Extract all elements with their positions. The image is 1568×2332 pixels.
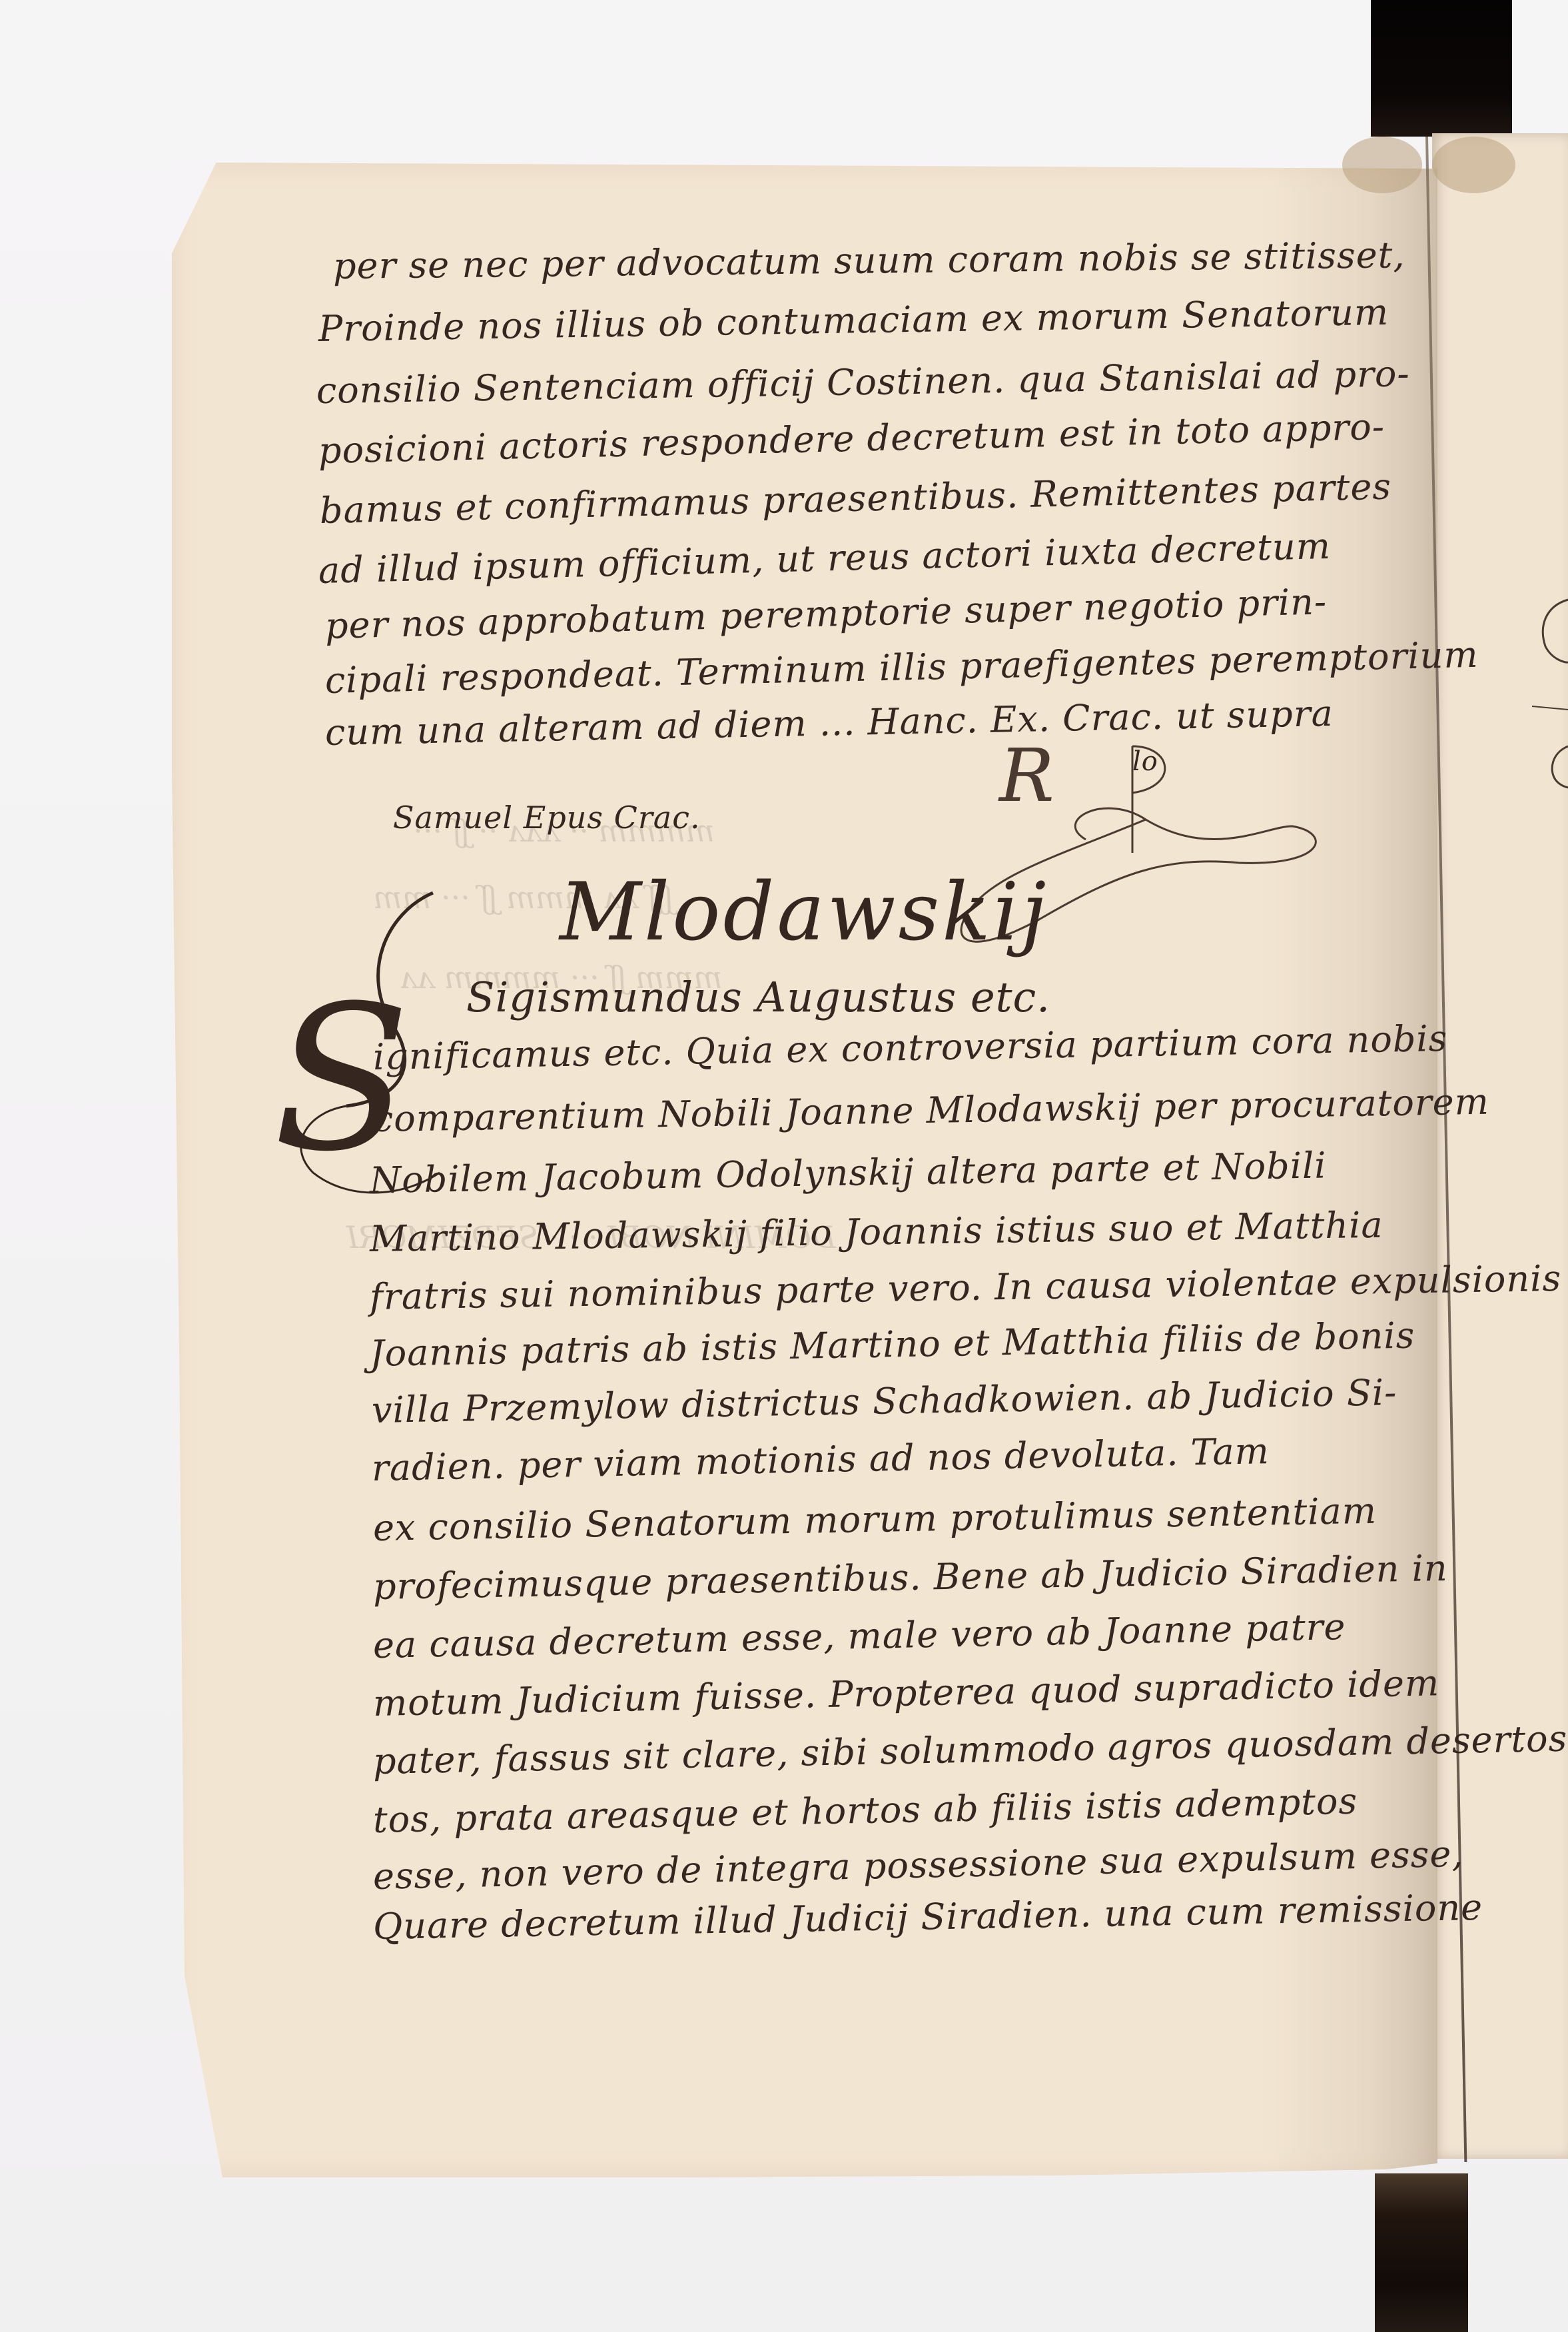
binding-strip-bottom bbox=[1375, 2173, 1468, 2332]
monogram-signature: R bbox=[999, 733, 1055, 818]
marginal-note: lo bbox=[1132, 746, 1158, 777]
entry-heading: Mlodawskij bbox=[560, 866, 1048, 959]
water-stain bbox=[1432, 137, 1515, 193]
binding-strip-top bbox=[1371, 0, 1512, 137]
decorated-initial: S bbox=[273, 979, 410, 1179]
water-stain bbox=[1342, 137, 1422, 193]
scribe-signature: Samuel Epus Crac. bbox=[393, 800, 701, 836]
entry-subheading: Sigismundus Augustus etc. bbox=[466, 973, 1050, 1021]
